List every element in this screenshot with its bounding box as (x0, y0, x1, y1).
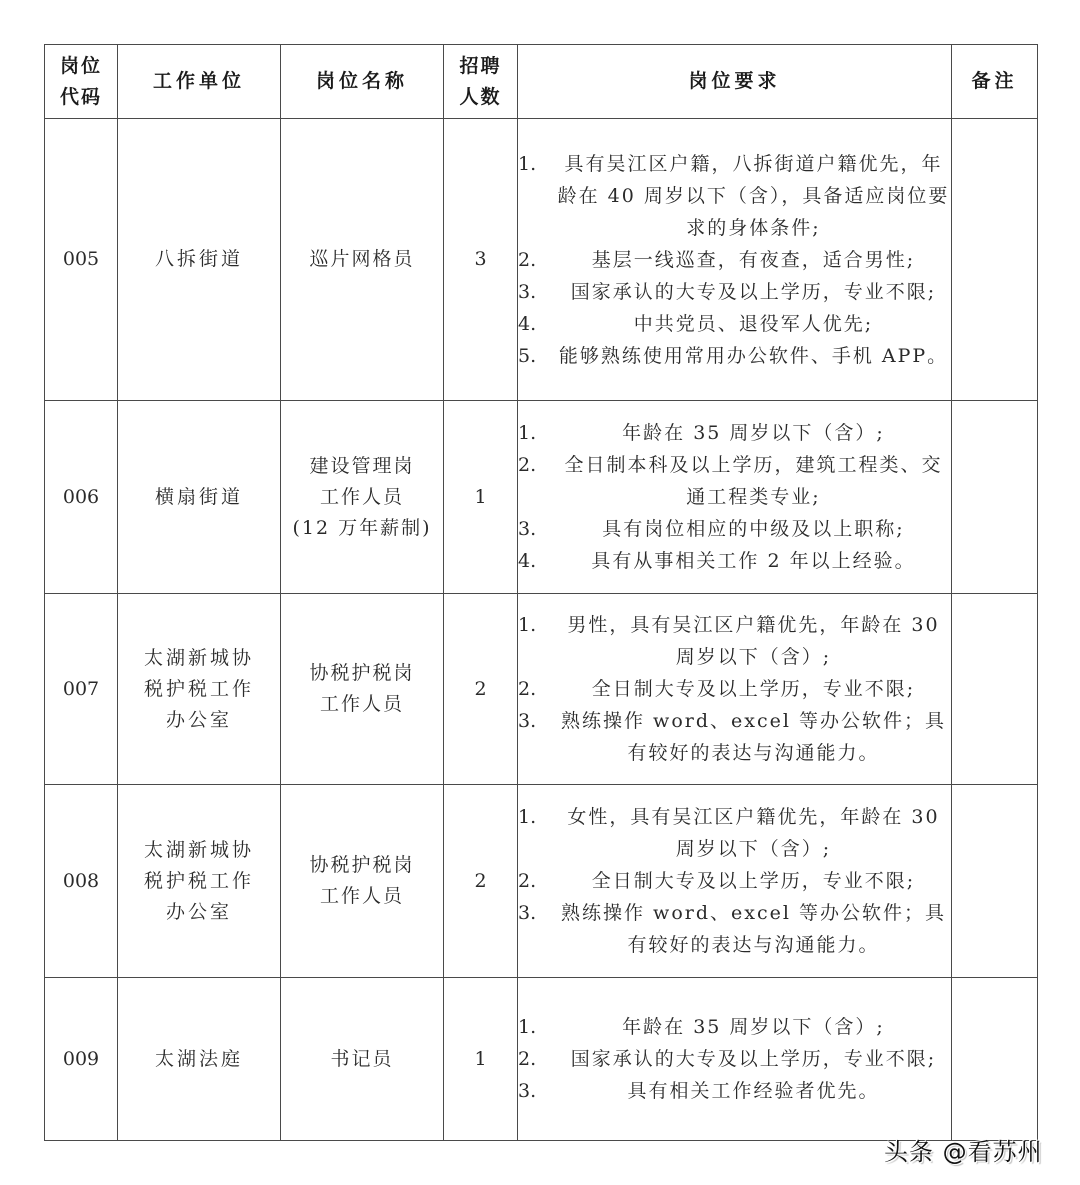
position-name-cell: 协税护税岗 工作人员 (281, 594, 444, 785)
requirement-item: 2.全日制本科及以上学历，建筑工程类、交通工程类专业; (518, 449, 951, 513)
job-positions-table: 岗位 代码 工作单位 岗位名称 招聘 人数 岗位要求 备注 005 八拆街道 巡… (44, 44, 1038, 1141)
requirement-item: 3.国家承认的大专及以上学历，专业不限; (518, 276, 951, 308)
requirement-item: 4.中共党员、退役军人优先; (518, 308, 951, 340)
work-unit-cell: 八拆街道 (118, 119, 281, 401)
table-row: 007 太湖新城协税护税工作办公室 协税护税岗 工作人员 2 1.男性，具有吴江… (45, 594, 1038, 785)
header-requirements: 岗位要求 (518, 45, 952, 119)
table-row: 005 八拆街道 巡片网格员 3 1.具有吴江区户籍，八拆街道户籍优先，年龄在 … (45, 119, 1038, 401)
position-code-cell: 009 (45, 978, 118, 1141)
position-code-cell: 008 (45, 785, 118, 978)
position-name-cell: 巡片网格员 (281, 119, 444, 401)
header-position-name: 岗位名称 (281, 45, 444, 119)
header-hiring-count: 招聘 人数 (444, 45, 518, 119)
requirement-item: 5.能够熟练使用常用办公软件、手机 APP。 (518, 340, 951, 372)
table-header-row: 岗位 代码 工作单位 岗位名称 招聘 人数 岗位要求 备注 (45, 45, 1038, 119)
requirement-item: 2.基层一线巡查，有夜查，适合男性; (518, 244, 951, 276)
requirement-item: 1.年龄在 35 周岁以下（含）; (518, 1011, 951, 1043)
requirement-item: 1.女性，具有吴江区户籍优先，年龄在 30 周岁以下（含）; (518, 801, 951, 865)
notes-cell (952, 785, 1038, 978)
hiring-count-cell: 3 (444, 119, 518, 401)
notes-cell (952, 594, 1038, 785)
notes-cell (952, 978, 1038, 1141)
requirements-list: 1.年龄在 35 周岁以下（含）; 2.国家承认的大专及以上学历，专业不限; 3… (518, 1011, 951, 1107)
header-position-code: 岗位 代码 (45, 45, 118, 119)
requirements-cell: 1.男性，具有吴江区户籍优先，年龄在 30 周岁以下（含）; 2.全日制大专及以… (518, 594, 952, 785)
requirement-item: 2.全日制大专及以上学历，专业不限; (518, 865, 951, 897)
requirement-item: 1.男性，具有吴江区户籍优先，年龄在 30 周岁以下（含）; (518, 609, 951, 673)
requirements-list: 1.女性，具有吴江区户籍优先，年龄在 30 周岁以下（含）; 2.全日制大专及以… (518, 801, 951, 961)
requirements-cell: 1.年龄在 35 周岁以下（含）; 2.全日制本科及以上学历，建筑工程类、交通工… (518, 401, 952, 594)
hiring-count-cell: 1 (444, 978, 518, 1141)
position-name-cell: 协税护税岗 工作人员 (281, 785, 444, 978)
requirements-cell: 1.年龄在 35 周岁以下（含）; 2.国家承认的大专及以上学历，专业不限; 3… (518, 978, 952, 1141)
requirement-item: 2.全日制大专及以上学历，专业不限; (518, 673, 951, 705)
requirements-cell: 1.女性，具有吴江区户籍优先，年龄在 30 周岁以下（含）; 2.全日制大专及以… (518, 785, 952, 978)
work-unit-cell: 横扇街道 (118, 401, 281, 594)
requirement-item: 4.具有从事相关工作 2 年以上经验。 (518, 545, 951, 577)
requirement-item: 3.具有相关工作经验者优先。 (518, 1075, 951, 1107)
requirement-item: 3.熟练操作 word、excel 等办公软件；具有较好的表达与沟通能力。 (518, 897, 951, 961)
requirement-item: 3.具有岗位相应的中级及以上职称; (518, 513, 951, 545)
requirement-item: 2.国家承认的大专及以上学历，专业不限; (518, 1043, 951, 1075)
requirement-item: 1.年龄在 35 周岁以下（含）; (518, 417, 951, 449)
hiring-count-cell: 2 (444, 785, 518, 978)
position-code-cell: 007 (45, 594, 118, 785)
hiring-count-cell: 1 (444, 401, 518, 594)
requirements-cell: 1.具有吴江区户籍，八拆街道户籍优先，年龄在 40 周岁以下（含），具备适应岗位… (518, 119, 952, 401)
position-code-cell: 006 (45, 401, 118, 594)
requirement-item: 1.具有吴江区户籍，八拆街道户籍优先，年龄在 40 周岁以下（含），具备适应岗位… (518, 148, 951, 244)
table-row: 009 太湖法庭 书记员 1 1.年龄在 35 周岁以下（含）; 2.国家承认的… (45, 978, 1038, 1141)
position-name-cell: 书记员 (281, 978, 444, 1141)
table-row: 008 太湖新城协税护税工作办公室 协税护税岗 工作人员 2 1.女性，具有吴江… (45, 785, 1038, 978)
requirements-list: 1.男性，具有吴江区户籍优先，年龄在 30 周岁以下（含）; 2.全日制大专及以… (518, 609, 951, 769)
work-unit-cell: 太湖法庭 (118, 978, 281, 1141)
header-notes: 备注 (952, 45, 1038, 119)
requirement-item: 3.熟练操作 word、excel 等办公软件；具有较好的表达与沟通能力。 (518, 705, 951, 769)
header-work-unit: 工作单位 (118, 45, 281, 119)
table-row: 006 横扇街道 建设管理岗 工作人员 (12 万年薪制) 1 1.年龄在 35… (45, 401, 1038, 594)
requirements-list: 1.具有吴江区户籍，八拆街道户籍优先，年龄在 40 周岁以下（含），具备适应岗位… (518, 148, 951, 372)
source-watermark: 头条 @看苏州 (884, 1132, 1043, 1167)
hiring-count-cell: 2 (444, 594, 518, 785)
notes-cell (952, 401, 1038, 594)
work-unit-cell: 太湖新城协税护税工作办公室 (118, 594, 281, 785)
work-unit-cell: 太湖新城协税护税工作办公室 (118, 785, 281, 978)
position-code-cell: 005 (45, 119, 118, 401)
position-name-cell: 建设管理岗 工作人员 (12 万年薪制) (281, 401, 444, 594)
notes-cell (952, 119, 1038, 401)
requirements-list: 1.年龄在 35 周岁以下（含）; 2.全日制本科及以上学历，建筑工程类、交通工… (518, 417, 951, 577)
